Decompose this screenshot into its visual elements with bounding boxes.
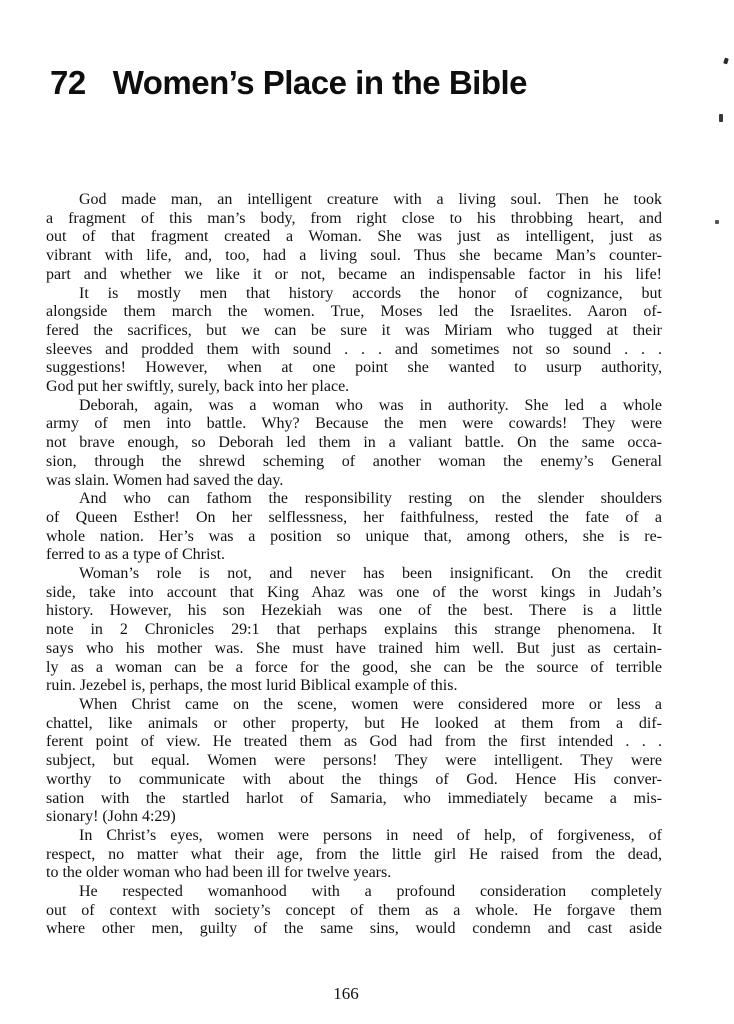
text-line: says who his mother was. She must have t… [46,640,662,659]
scan-speck [715,220,719,224]
paragraph: Deborah, again, was a woman who was in a… [46,397,662,491]
text-line: not brave enough, so Deborah led them in… [46,434,662,453]
text-line: side, take into account that King Ahaz w… [46,584,662,603]
body-text: God made man, an intelligent creature wi… [46,191,662,939]
text-line: whole nation. Her’s was a position so un… [46,528,662,547]
text-line: God put her swiftly, surely, back into h… [46,378,662,397]
text-line: He respected womanhood with a profound c… [46,883,662,902]
text-line: sionary! (John 4:29) [46,808,662,827]
text-line: Deborah, again, was a woman who was in a… [46,397,662,416]
text-line: was slain. Women had saved the day. [46,472,662,491]
text-line: ferred to as a type of Christ. [46,546,662,565]
text-line: And who can fathom the responsibility re… [46,490,662,509]
paragraph: Woman’s role is not, and never has been … [46,565,662,696]
text-line: sion, through the shrewd scheming of ano… [46,453,662,472]
text-line: ferent point of view. He treated them as… [46,733,662,752]
text-line: out of that fragment created a Woman. Sh… [46,228,662,247]
scanned-book-page: 72 Women’s Place in the Bible God made m… [0,0,734,1024]
text-line: When Christ came on the scene, women wer… [46,696,662,715]
paragraph: When Christ came on the scene, women wer… [46,696,662,827]
text-line: fered the sacrifices, but we can be sure… [46,322,662,341]
scan-speck [719,114,723,122]
text-line: alongside them march the women. True, Mo… [46,303,662,322]
text-line: Woman’s role is not, and never has been … [46,565,662,584]
text-line: It is mostly men that history accords th… [46,285,662,304]
text-line: chattel, like animals or other property,… [46,715,662,734]
paragraph: He respected womanhood with a profound c… [46,883,662,939]
text-line: note in 2 Chronicles 29:1 that perhaps e… [46,621,662,640]
text-line: out of context with society’s concept of… [46,902,662,921]
page-number: 166 [46,984,646,1004]
text-line: army of men into battle. Why? Because th… [46,415,662,434]
text-line: vibrant with life, and, too, had a livin… [46,247,662,266]
text-line: where other men, guilty of the same sins… [46,920,662,939]
text-line: ruin. Jezebel is, perhaps, the most luri… [46,677,662,696]
chapter-heading: 72 Women’s Place in the Bible [50,66,527,99]
scan-speck [723,58,729,65]
text-line: part and whether we like it or not, beca… [46,266,662,285]
paragraph: In Christ’s eyes, women were persons in … [46,827,662,883]
text-line: history. However, his son Hezekiah was o… [46,602,662,621]
text-line: of Queen Esther! On her selflessness, he… [46,509,662,528]
text-line: subject, but equal. Women were persons! … [46,752,662,771]
paragraph: And who can fathom the responsibility re… [46,490,662,565]
text-line: worthy to communicate with about the thi… [46,771,662,790]
text-line: to the older woman who had been ill for … [46,864,662,883]
text-line: suggestions! However, when at one point … [46,359,662,378]
paragraph: It is mostly men that history accords th… [46,285,662,397]
text-line: ly as a woman can be a force for the goo… [46,659,662,678]
paragraph: God made man, an intelligent creature wi… [46,191,662,285]
chapter-title: Women’s Place in the Bible [113,66,527,99]
text-line: sation with the startled harlot of Samar… [46,790,662,809]
text-line: In Christ’s eyes, women were persons in … [46,827,662,846]
chapter-number: 72 [50,66,86,99]
text-line: God made man, an intelligent creature wi… [46,191,662,210]
text-line: respect, no matter what their age, from … [46,846,662,865]
text-line: sleeves and prodded them with sound . . … [46,341,662,360]
text-line: a fragment of this man’s body, from righ… [46,210,662,229]
